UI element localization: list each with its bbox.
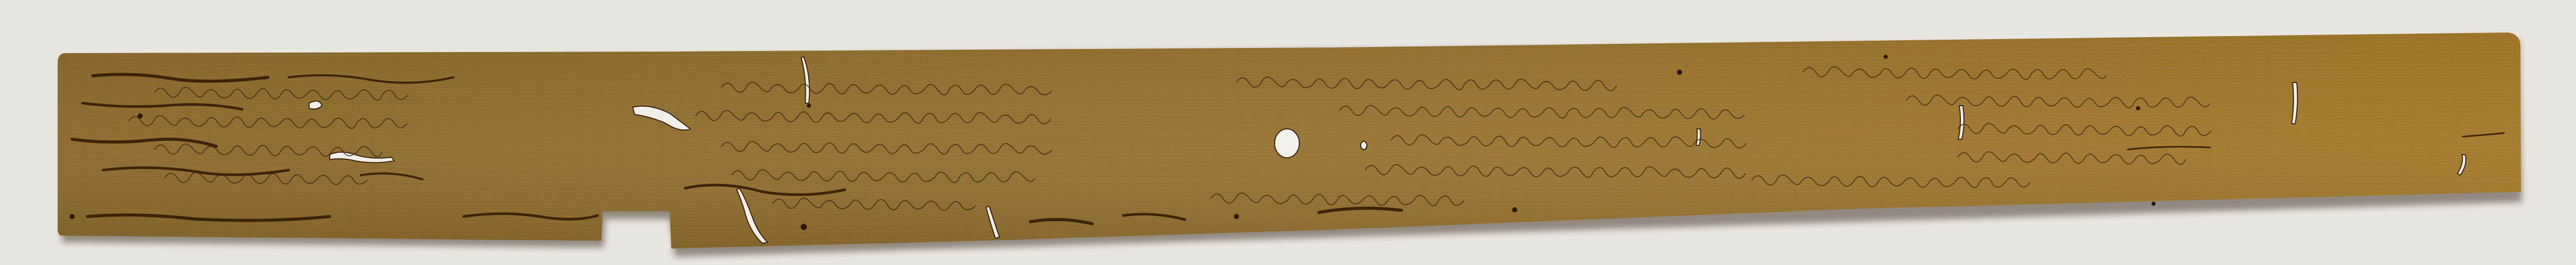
string-hole xyxy=(1275,129,1299,158)
manuscript-photo: Palm-leaf manuscript xyxy=(0,0,2576,265)
palm-leaf xyxy=(0,0,2576,265)
